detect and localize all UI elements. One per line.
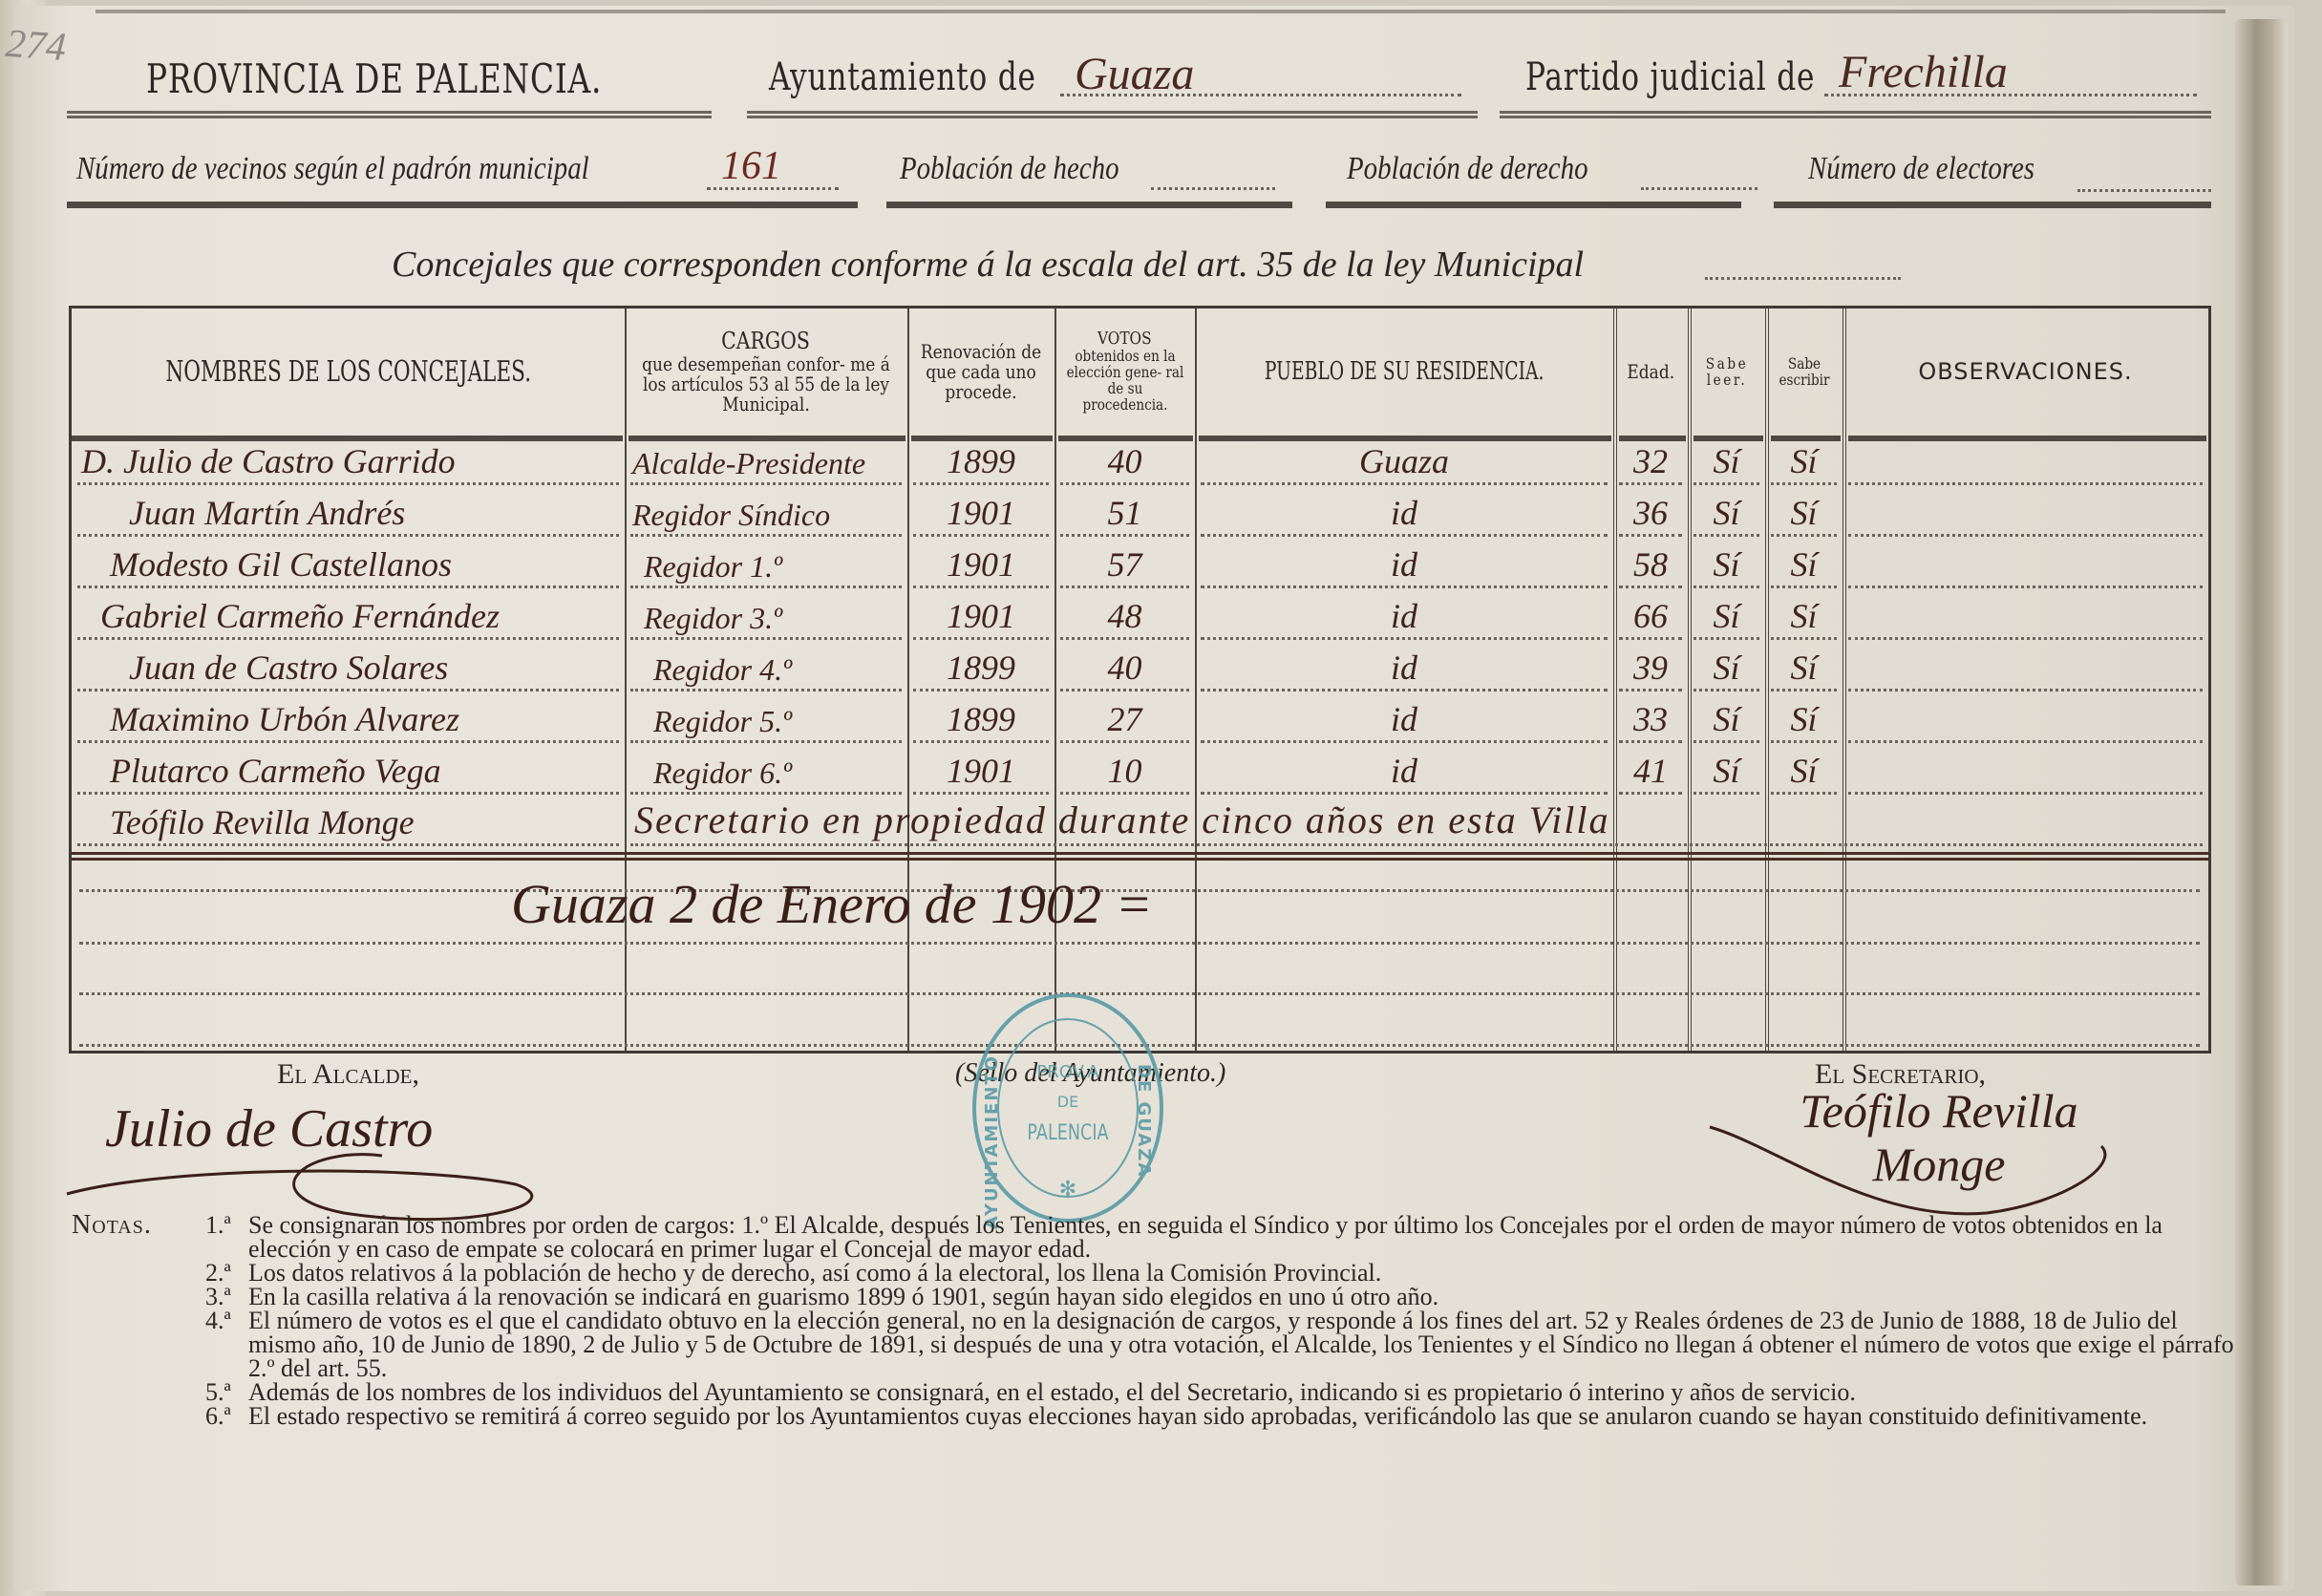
cell-edad: 41 [1613,751,1688,798]
cell-votos: 57 [1054,544,1195,592]
note-text: El número de votos es el que el candidat… [248,1307,2234,1382]
header-rule-1 [67,111,712,118]
leer-text: Sí [1713,596,1739,644]
electores-label: Número de electores [1808,151,2034,187]
pueblo-text: id [1391,596,1417,644]
cell-pueblo: id [1195,648,1613,695]
header-votos-sub: obtenidos en la elección gene- ral de su… [1064,349,1186,413]
cell-leer: Sí [1688,596,1765,644]
ayuntamiento-value: Guaza [1075,48,1194,100]
cell-nombre: Modesto Gil Castellanos [72,544,625,592]
edad-text: 41 [1633,751,1668,798]
header-edad: Edad. [1613,309,1688,436]
leer-text: Sí [1713,544,1739,592]
poblacion-derecho-label: Población de derecho [1347,151,1588,187]
escribir-text: Sí [1790,493,1817,541]
note-number: 1.ª [205,1213,248,1237]
cell-escribir: Sí [1765,699,1843,747]
cell-pueblo: id [1195,699,1613,747]
cell-renovacion: 1901 [907,544,1054,592]
note-number: 6.ª [205,1404,248,1428]
cargo-text: Regidor 3.º [625,601,782,644]
header-votos: VOTOS obtenidos en la elección gene- ral… [1054,309,1195,436]
secretario-nombre-text: Teófilo Revilla Monge [72,802,415,850]
note-text: Se consignarán los nombres por orden de … [248,1211,2162,1263]
poblacion-hecho-input [1151,187,1275,190]
note-item: 4.ªEl número de votos es el que el candi… [72,1309,2240,1380]
cargo-text: Regidor Síndico [625,498,830,541]
leer-text: Sí [1713,441,1739,489]
alcalde-title: El Alcalde, [277,1058,419,1091]
cell-leer: Sí [1688,751,1765,798]
cell-renovacion: 1901 [907,751,1054,798]
cell-edad: 36 [1613,493,1688,541]
header-observaciones: OBSERVACIONES. [1843,309,2208,436]
header-rule-3 [1500,111,2211,118]
votos-text: 51 [1108,493,1142,541]
cell-edad: 32 [1613,441,1688,489]
cell-observaciones [1843,544,2208,592]
table-row: Maximino Urbón Alvarez Regidor 5.º 1899 … [72,699,2208,751]
cell-votos: 51 [1054,493,1195,541]
header-pueblo: PUEBLO DE SU RESIDENCIA. [1195,309,1613,436]
cell-cargo: Regidor 4.º [625,648,907,695]
cell-escribir: Sí [1765,648,1843,695]
vecinos-value: 161 [721,143,781,189]
cell-renovacion: 1899 [907,441,1054,489]
renovacion-text: 1899 [947,648,1015,695]
cell-observaciones [1843,751,2208,798]
page-edge [2235,19,2288,1585]
cell-escribir: Sí [1765,751,1843,798]
cell-observaciones [1843,699,2208,747]
pueblo-text: id [1391,699,1417,747]
cargo-text: Regidor 4.º [625,652,792,695]
header-cargos-title: CARGOS [722,330,811,353]
empty-row-line [79,992,2200,995]
nombre-text: Maximino Urbón Alvarez [72,699,459,747]
cell-renovacion: 1899 [907,699,1054,747]
header-rule-2 [747,111,1478,118]
leer-text: Sí [1713,493,1739,541]
secretario-divider [72,852,2208,861]
cell-nombre: Gabriel Carmeño Fernández [72,596,625,644]
header-renovacion: Renovación de que cada uno procede. [907,309,1054,436]
cell-secretario-nota: Secretario en propiedad durante cinco añ… [625,802,2208,850]
cell-nombre: Juan Martín Andrés [72,493,625,541]
stamp-center-1: PROV.A [976,1062,1160,1082]
cargo-text: Alcalde-Presidente [625,446,865,489]
header-sabe-escribir: Sabe escribir [1765,309,1843,436]
cell-escribir: Sí [1765,544,1843,592]
cell-renovacion: 1899 [907,648,1054,695]
cell-cargo: Alcalde-Presidente [625,441,907,489]
nombre-text: Juan Martín Andrés [72,493,405,541]
votos-text: 40 [1108,441,1142,489]
provincia-title: PROVINCIA DE PALENCIA. [146,55,602,102]
cell-pueblo: id [1195,493,1613,541]
nombre-text: Juan de Castro Solares [72,648,448,695]
pueblo-text: id [1391,544,1417,592]
note-number: 2.ª [205,1261,248,1285]
header-pueblo-text: PUEBLO DE SU RESIDENCIA. [1265,359,1544,385]
cell-nombre: D. Julio de Castro Garrido [72,441,625,489]
escribir-text: Sí [1790,596,1817,644]
empty-row-line [79,942,2200,945]
votos-text: 27 [1108,699,1142,747]
stamp-center-3: PALENCIA [994,1121,1141,1145]
cell-edad: 58 [1613,544,1688,592]
census-rule-4 [1774,202,2211,208]
table-row: Plutarco Carmeño Vega Regidor 6.º 1901 1… [72,751,2208,802]
header-nombres: NOMBRES DE LOS CONCEJALES. [72,309,625,436]
note-item: 6.ªEl estado respectivo se remitirá á co… [72,1404,2240,1428]
cell-leer: Sí [1688,544,1765,592]
votos-text: 40 [1108,648,1142,695]
edad-text: 66 [1633,596,1668,644]
cargo-text: Regidor 1.º [625,549,782,592]
cell-observaciones [1843,493,2208,541]
edad-text: 58 [1633,544,1668,592]
cell-leer: Sí [1688,441,1765,489]
pueblo-text: id [1391,648,1417,695]
table-row: D. Julio de Castro Garrido Alcalde-Presi… [72,441,2208,493]
cell-cargo: Regidor Síndico [625,493,907,541]
notes-section: Notas. 1.ªSe consignarán los nombres por… [72,1213,2240,1428]
cell-renovacion: 1901 [907,493,1054,541]
cell-cargo: Regidor 5.º [625,699,907,747]
leer-text: Sí [1713,648,1739,695]
edad-text: 32 [1633,441,1668,489]
cell-edad: 33 [1613,699,1688,747]
header-sabe-leer: Sabe leer. [1688,309,1765,436]
header-observaciones-text: OBSERVACIONES. [1918,360,2132,384]
date-line: Guaza 2 de Enero de 1902 = [511,872,1153,936]
nombre-text: D. Julio de Castro Garrido [72,441,456,489]
vecinos-label: Número de vecinos según el padrón munici… [76,151,589,187]
cell-escribir: Sí [1765,596,1843,644]
renovacion-text: 1901 [947,544,1015,592]
ayuntamiento-stamp: AYUNTAMIENTO DE GUAZA PROV.A DE PALENCIA… [972,993,1163,1223]
note-item: 3.ªEn la casilla relativa á la renovació… [72,1285,2240,1309]
stamp-star-icon: ✻ [976,1178,1160,1202]
electores-input [2077,189,2211,192]
cell-observaciones [1843,596,2208,644]
partido-label: Partido judicial de [1525,55,1815,99]
note-number: 4.ª [205,1309,248,1332]
cell-votos: 40 [1054,648,1195,695]
renovacion-text: 1899 [947,699,1015,747]
cell-leer: Sí [1688,493,1765,541]
cell-pueblo: Guaza [1195,441,1613,489]
renovacion-text: 1901 [947,493,1015,541]
table-row-secretario: Teófilo Revilla Monge Secretario en prop… [72,802,2208,854]
concejales-input [1705,277,1901,280]
cell-observaciones [1843,648,2208,695]
pueblo-text: id [1391,493,1417,541]
cell-pueblo: id [1195,596,1613,644]
escribir-text: Sí [1790,441,1817,489]
cell-pueblo: id [1195,751,1613,798]
page-number: 274 [4,21,67,71]
cell-leer: Sí [1688,699,1765,747]
cargo-text: Regidor 5.º [625,704,792,747]
cell-renovacion: 1901 [907,596,1054,644]
cell-votos: 40 [1054,441,1195,489]
partido-value: Frechilla [1839,46,2008,98]
poblacion-derecho-input [1641,187,1757,190]
cell-escribir: Sí [1765,493,1843,541]
table-row: Juan Martín Andrés Regidor Síndico 1901 … [72,493,2208,544]
poblacion-hecho-label: Población de hecho [900,151,1119,187]
header-sabe-leer-text: Sabe leer. [1702,356,1751,389]
vecinos-dotline [707,187,839,190]
cell-edad: 66 [1613,596,1688,644]
ayuntamiento-label: Ayuntamiento de [769,55,1036,99]
edad-text: 39 [1633,648,1668,695]
escribir-text: Sí [1790,699,1817,747]
header-edad-text: Edad. [1627,362,1674,382]
cell-pueblo: id [1195,544,1613,592]
renovacion-text: 1901 [947,596,1015,644]
cell-nombre: Plutarco Carmeño Vega [72,751,625,798]
note-item: 2.ªLos datos relativos á la población de… [72,1261,2240,1285]
nombre-text: Gabriel Carmeño Fernández [72,596,500,644]
cell-nombre: Juan de Castro Solares [72,648,625,695]
cell-edad: 39 [1613,648,1688,695]
cell-leer: Sí [1688,648,1765,695]
top-border [96,10,2226,13]
renovacion-text: 1899 [947,441,1015,489]
table-row: Gabriel Carmeño Fernández Regidor 3.º 19… [72,596,2208,648]
cell-votos: 48 [1054,596,1195,644]
cell-votos: 10 [1054,751,1195,798]
cell-votos: 27 [1054,699,1195,747]
leer-text: Sí [1713,751,1739,798]
header-sabe-escribir-text: Sabe escribir [1776,356,1833,389]
cell-nombre: Maximino Urbón Alvarez [72,699,625,747]
cell-observaciones [1843,441,2208,489]
concejales-table: NOMBRES DE LOS CONCEJALES. CARGOS que de… [69,306,2211,1053]
votos-text: 48 [1108,596,1142,644]
cell-cargo: Regidor 6.º [625,751,907,798]
escribir-text: Sí [1790,544,1817,592]
cell-cargo: Regidor 3.º [625,596,907,644]
cargo-text: Regidor 6.º [625,755,792,798]
header-nombres-text: NOMBRES DE LOS CONCEJALES. [165,357,531,388]
escribir-text: Sí [1790,751,1817,798]
secretario-nota-text: Secretario en propiedad durante cinco añ… [625,798,1609,850]
header-cargos: CARGOS que desempeñan confor- me á los a… [625,309,907,436]
note-number: 3.ª [205,1285,248,1309]
header-cargos-sub: que desempeñan confor- me á los artículo… [632,354,901,415]
stamp-center-2: DE [976,1093,1160,1111]
concejales-label: Concejales que corresponden conforme á l… [392,244,1584,286]
cell-cargo: Regidor 1.º [625,544,907,592]
census-rule-3 [1326,202,1741,208]
note-text: El estado respectivo se remitirá á corre… [248,1402,2147,1430]
ayuntamiento-dotline [1060,94,1461,96]
cell-escribir: Sí [1765,441,1843,489]
cell-nombre: Teófilo Revilla Monge [72,802,625,850]
table-row: Juan de Castro Solares Regidor 4.º 1899 … [72,648,2208,699]
leer-text: Sí [1713,699,1739,747]
note-number: 5.ª [205,1380,248,1404]
renovacion-text: 1901 [947,751,1015,798]
pueblo-text: Guaza [1359,441,1449,489]
census-rule-2 [886,202,1292,208]
nombre-text: Modesto Gil Castellanos [72,544,452,592]
nombre-text: Plutarco Carmeño Vega [72,751,441,798]
census-rule-1 [67,202,858,208]
pueblo-text: id [1391,751,1417,798]
escribir-text: Sí [1790,648,1817,695]
edad-text: 36 [1633,493,1668,541]
note-item: 5.ªAdemás de los nombres de los individu… [72,1380,2240,1404]
partido-dotline [1824,94,2197,96]
edad-text: 33 [1633,699,1668,747]
table-row: Modesto Gil Castellanos Regidor 1.º 1901… [72,544,2208,596]
note-item: 1.ªSe consignarán los nombres por orden … [72,1213,2240,1261]
header-renovacion-text: Renovación de que cada uno procede. [920,342,1042,402]
votos-text: 57 [1108,544,1142,592]
votos-text: 10 [1108,751,1142,798]
